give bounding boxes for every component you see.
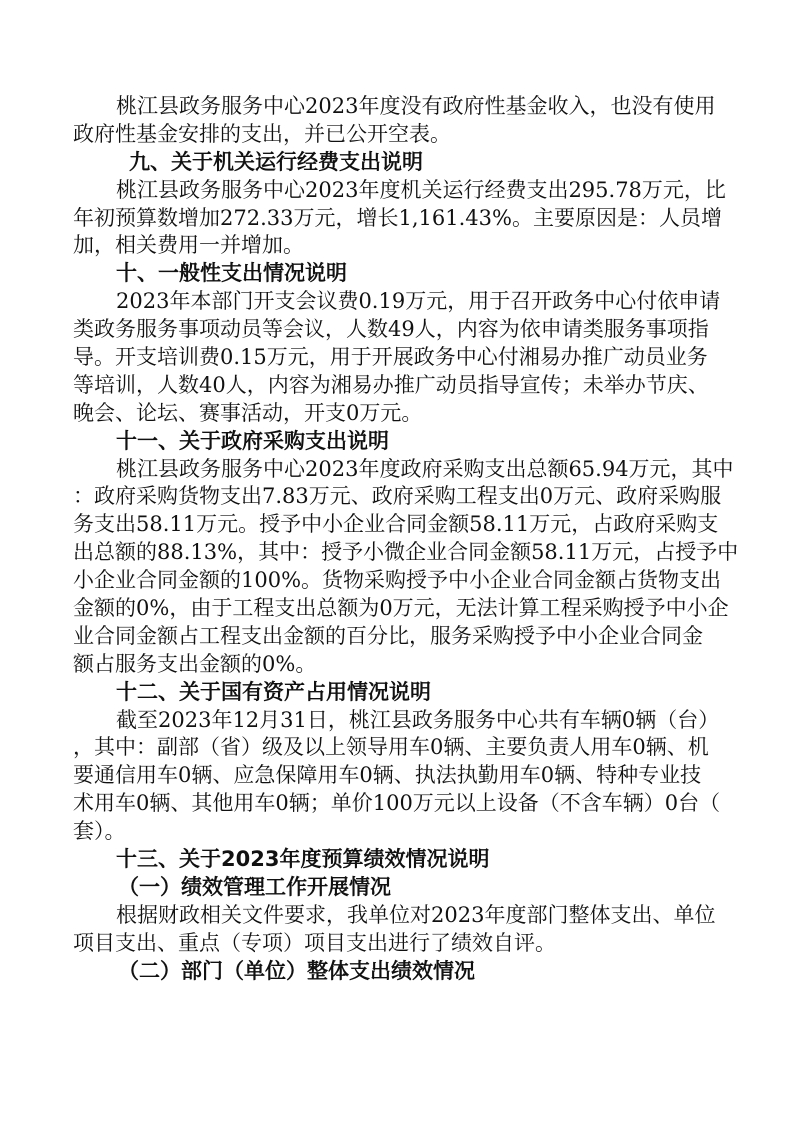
paragraph-line: 类政务服务事项动员等会议，人数49人，内容为依申请类服务事项指: [73, 316, 733, 344]
subsection-heading-13-1: （一）绩效管理工作开展情况: [73, 874, 733, 902]
paragraph-line: ：政府采购货物支出7.83万元、政府采购工程支出0万元、政府采购服: [73, 483, 733, 511]
paragraph-line: 业合同金额占工程支出金额的百分比，服务采购授予中小企业合同金: [73, 623, 733, 651]
section-heading-13: 十三、关于2023年度预算绩效情况说明: [73, 846, 733, 874]
subsection-heading-13-2: （二）部门（单位）整体支出绩效情况: [73, 958, 733, 986]
paragraph-line: 等培训，人数40人，内容为湘易办推广动员指导宣传；未举办节庆、: [73, 372, 733, 400]
paragraph-line: 年初预算数增加272.33万元，增长1,161.43%。主要原因是：人员增: [73, 205, 733, 233]
section-heading-10: 十、一般性支出情况说明: [73, 260, 733, 288]
paragraph-line: 导。开支培训费0.15万元，用于开展政务中心付湘易办推广动员业务: [73, 344, 733, 372]
document-page: 桃江县政务服务中心2023年度没有政府性基金收入，也没有使用 政府性基金安排的支…: [73, 93, 733, 986]
paragraph-line: 项目支出、重点（专项）项目支出进行了绩效自评。: [73, 930, 733, 958]
paragraph-line: 加，相关费用一并增加。: [73, 232, 733, 260]
paragraph-line: 桃江县政务服务中心2023年度没有政府性基金收入，也没有使用: [73, 93, 733, 121]
paragraph-line: 根据财政相关文件要求，我单位对2023年度部门整体支出、单位: [73, 902, 733, 930]
paragraph-line: 术用车0辆、其他用车0辆；单价100万元以上设备（不含车辆）0台（: [73, 790, 733, 818]
paragraph-line: 小企业合同金额的100%。货物采购授予中小企业合同金额占货物支出: [73, 567, 733, 595]
paragraph-line: 截至2023年12月31日，桃江县政务服务中心共有车辆0辆（台）: [73, 707, 733, 735]
paragraph-line: 要通信用车0辆、应急保障用车0辆、执法执勤用车0辆、特种专业技: [73, 762, 733, 790]
paragraph-line: ，其中：副部（省）级及以上领导用车0辆、主要负责人用车0辆、机: [73, 734, 733, 762]
paragraph-line: 2023年本部门开支会议费0.19万元，用于召开政务中心付依申请: [73, 288, 733, 316]
paragraph-line: 桃江县政务服务中心2023年度政府采购支出总额65.94万元，其中: [73, 456, 733, 484]
section-heading-12: 十二、关于国有资产占用情况说明: [73, 679, 733, 707]
paragraph-line: 套）。: [73, 818, 733, 846]
paragraph-line: 出总额的88.13%，其中：授予小微企业合同金额58.11万元，占授予中: [73, 539, 733, 567]
section-heading-9: 九、关于机关运行经费支出说明: [73, 149, 733, 177]
paragraph-line: 额占服务支出金额的0%。: [73, 651, 733, 679]
paragraph-line: 金额的0%，由于工程支出总额为0万元，无法计算工程采购授予中小企: [73, 595, 733, 623]
paragraph-line: 晚会、论坛、赛事活动，开支0万元。: [73, 400, 733, 428]
paragraph-line: 政府性基金安排的支出，并已公开空表。: [73, 121, 733, 149]
paragraph-line: 务支出58.11万元。授予中小企业合同金额58.11万元，占政府采购支: [73, 511, 733, 539]
section-heading-11: 十一、关于政府采购支出说明: [73, 428, 733, 456]
paragraph-line: 桃江县政务服务中心2023年度机关运行经费支出295.78万元，比: [73, 177, 733, 205]
